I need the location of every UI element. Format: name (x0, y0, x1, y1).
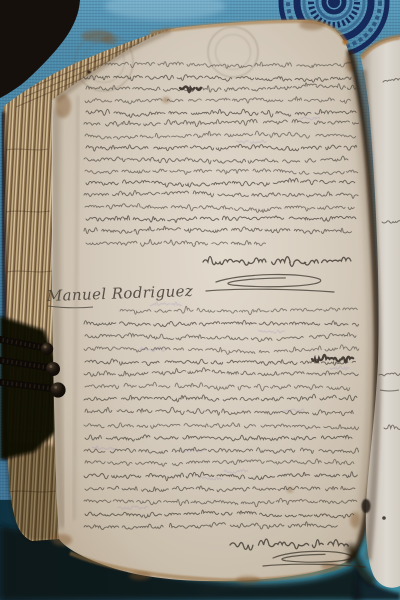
page-stain (55, 94, 71, 118)
scene-canvas: Manuel Rodriguez (0, 0, 400, 600)
page-stain (102, 36, 118, 44)
orange-speck (343, 40, 348, 45)
pin-head (41, 343, 53, 355)
pin-head (50, 382, 65, 397)
page-stain (321, 562, 339, 570)
facing-page-ink-dot (382, 516, 386, 520)
page-stain (299, 20, 325, 30)
ink-dot (87, 70, 90, 73)
page-stain (236, 576, 260, 584)
page-stain (52, 534, 72, 546)
photo-of-open-register-book: Manuel Rodriguez (0, 0, 400, 600)
pin-head-highlight (49, 365, 52, 368)
page-stain (129, 572, 151, 580)
facing-page-ink-spot (362, 499, 371, 513)
pin-head-highlight (44, 345, 47, 348)
pin-head-highlight (54, 386, 57, 389)
pin-head (46, 362, 60, 376)
